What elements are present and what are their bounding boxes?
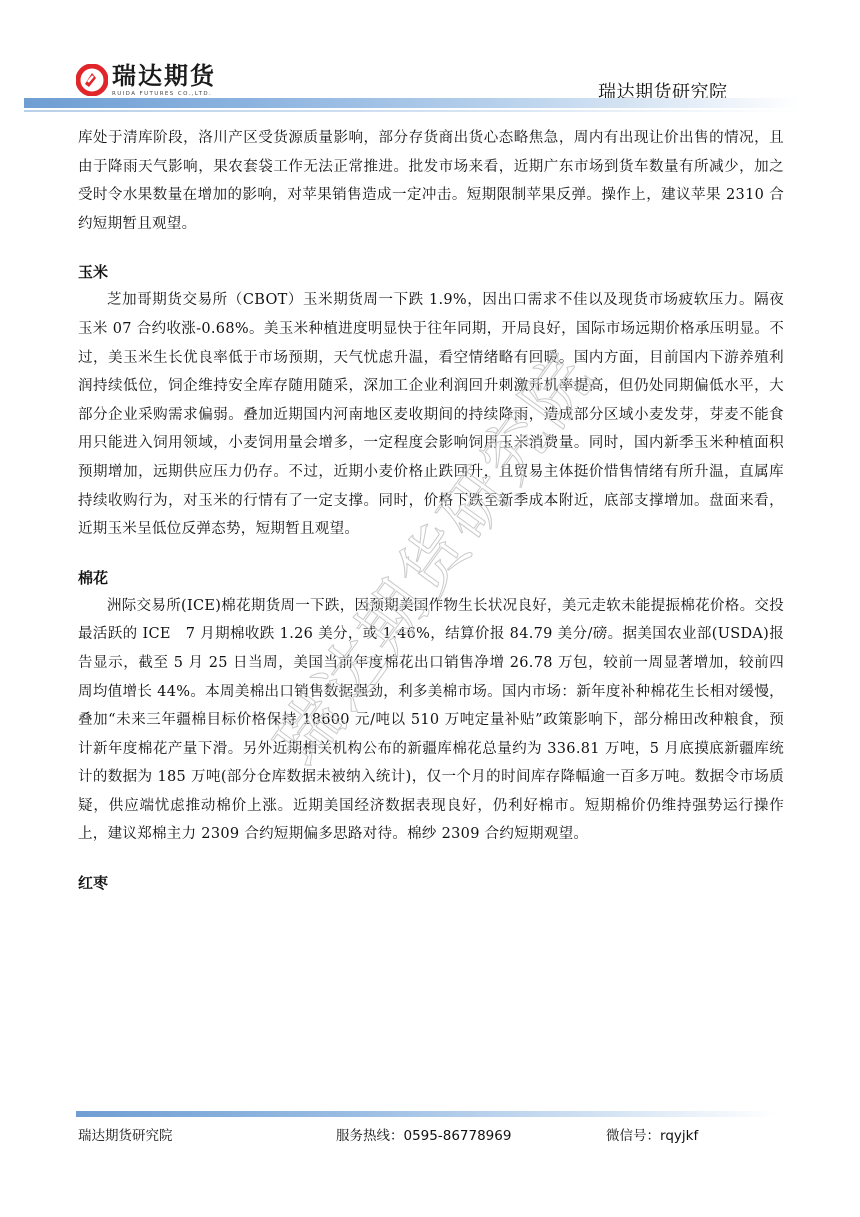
footer-gradient-band	[76, 1111, 776, 1117]
footer-wechat: 微信号：rqyjkf	[606, 1124, 698, 1144]
section-title-cotton: 棉花	[78, 564, 784, 592]
section-paragraph-cotton: 洲际交易所(ICE)棉花期货周一下跌，因预期美国作物生长状况良好，美元走软未能提…	[78, 592, 784, 849]
page-header: 瑞达期货 RUIDA FUTURES CO.,LTD. 瑞达期货研究院	[0, 0, 860, 115]
logo-english-name: RUIDA FUTURES CO.,LTD.	[112, 91, 216, 97]
section-title-corn: 玉米	[78, 258, 784, 286]
section-title-red-dates: 红枣	[78, 869, 784, 897]
footer-org: 瑞达期货研究院	[78, 1124, 173, 1144]
footer-hotline: 服务热线：0595-86778969	[336, 1124, 511, 1144]
header-gradient-band	[24, 98, 800, 108]
company-logo: 瑞达期货 RUIDA FUTURES CO.,LTD.	[76, 62, 216, 102]
ruida-logo-icon	[76, 64, 108, 96]
document-body: 库处于清库阶段，洛川产区受货源质量影响，部分存货商出货心态略焦急，周内有出现让价…	[78, 124, 784, 897]
section-paragraph-corn: 芝加哥期货交易所（CBOT）玉米期货周一下跌 1.9%，因出口需求不佳以及现货市…	[78, 286, 784, 543]
logo-chinese-name: 瑞达期货	[112, 62, 216, 90]
intro-paragraph: 库处于清库阶段，洛川产区受货源质量影响，部分存货商出货心态略焦急，周内有出现让价…	[78, 124, 784, 238]
header-divider	[24, 110, 800, 112]
